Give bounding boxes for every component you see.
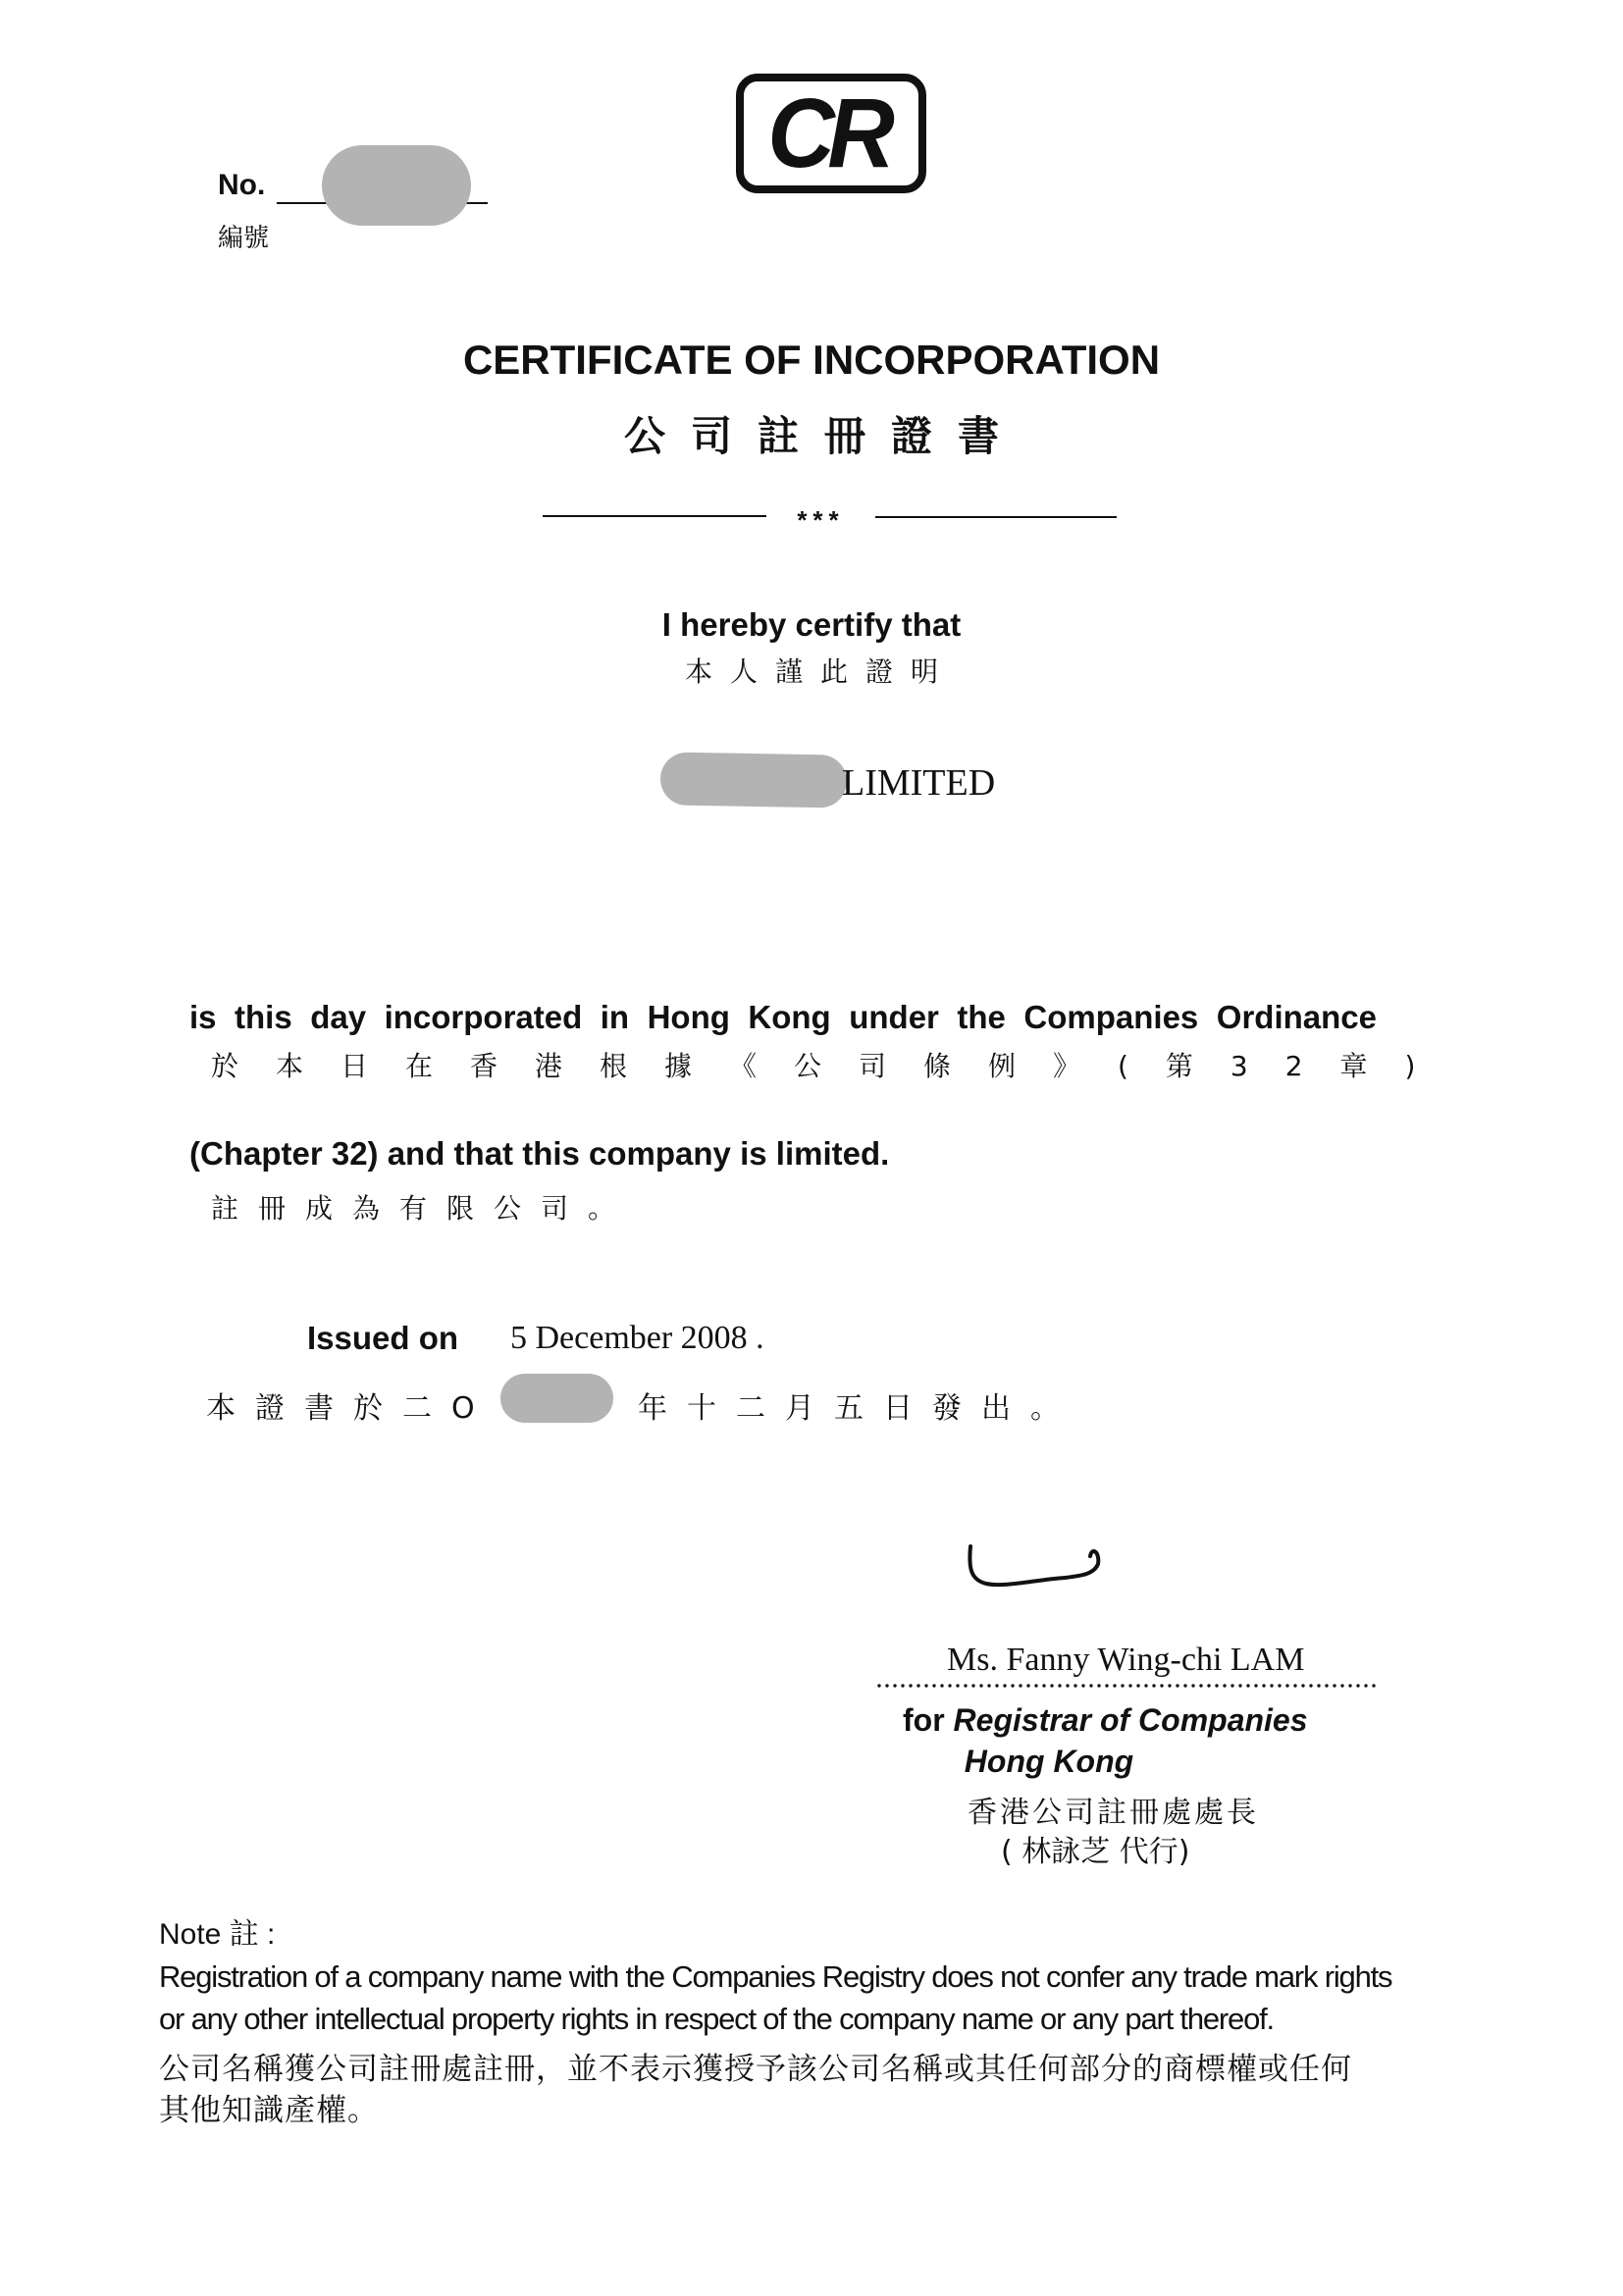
registrar-title-cn: 香港公司註冊處處長 — [968, 1788, 1259, 1831]
issued-on-label: Issued on — [307, 1320, 458, 1357]
registrar-role: Registrar of Companies — [954, 1702, 1308, 1738]
redacted-company-name — [660, 752, 848, 808]
certify-statement-cn: 本人謹此證明 — [0, 651, 1623, 690]
signature-dotted-line — [875, 1684, 1378, 1688]
registrar-for: for — [903, 1702, 945, 1738]
separator-stars: *** — [766, 505, 875, 536]
number-label-cn: 編號 — [218, 218, 269, 254]
note-line-cn: 公司名稱獲公司註冊處註冊，並不表示獲授予該公司名稱或其任何部分的商標權或任何 — [159, 2044, 1352, 2088]
note-line-cn: 其他知識產權。 — [159, 2085, 379, 2129]
incorporation-statement-line1-cn: 於本日在香港根據《公司條例》(第32章) — [211, 1045, 1452, 1084]
note-line: or any other intellectual property right… — [159, 2002, 1274, 2037]
cr-logo: CR — [736, 74, 926, 193]
issued-date: 5 December 2008 . — [510, 1320, 764, 1357]
separator-rule-left — [543, 515, 766, 517]
incorporation-statement-line2: (Chapter 32) and that this company is li… — [189, 1135, 889, 1173]
issued-date-cn-suffix: 年十二月五日發出。 — [638, 1383, 1079, 1427]
number-label: No. — [218, 169, 265, 202]
signature-icon — [967, 1539, 1114, 1607]
certify-statement: I hereby certify that — [0, 606, 1623, 644]
document-title: CERTIFICATE OF INCORPORATION — [0, 337, 1623, 384]
incorporation-statement-line1: is this day incorporated in Hong Kong un… — [189, 999, 1377, 1036]
signer-name: Ms. Fanny Wing-chi LAM — [947, 1642, 1304, 1679]
redacted-certificate-number — [322, 145, 471, 226]
redacted-year-cn — [500, 1374, 613, 1423]
company-suffix: LIMITED — [842, 761, 995, 805]
note-label: Note 註 : — [159, 1909, 275, 1953]
issued-date-cn-prefix: 本證書於二O — [206, 1383, 495, 1427]
incorporation-statement-line2-cn: 註冊成為有限公司。 — [211, 1187, 635, 1226]
registrar-location: Hong Kong — [0, 1744, 1623, 1780]
separator-rule-right — [875, 516, 1117, 518]
registrar-title: for Registrar of Companies — [903, 1702, 1308, 1739]
document-title-cn: 公司註冊證書 — [0, 404, 1623, 463]
signer-name-cn: ( 林詠芝 代行) — [1001, 1827, 1189, 1870]
cr-logo-text: CR — [767, 78, 887, 190]
note-line: Registration of a company name with the … — [159, 1959, 1391, 1995]
